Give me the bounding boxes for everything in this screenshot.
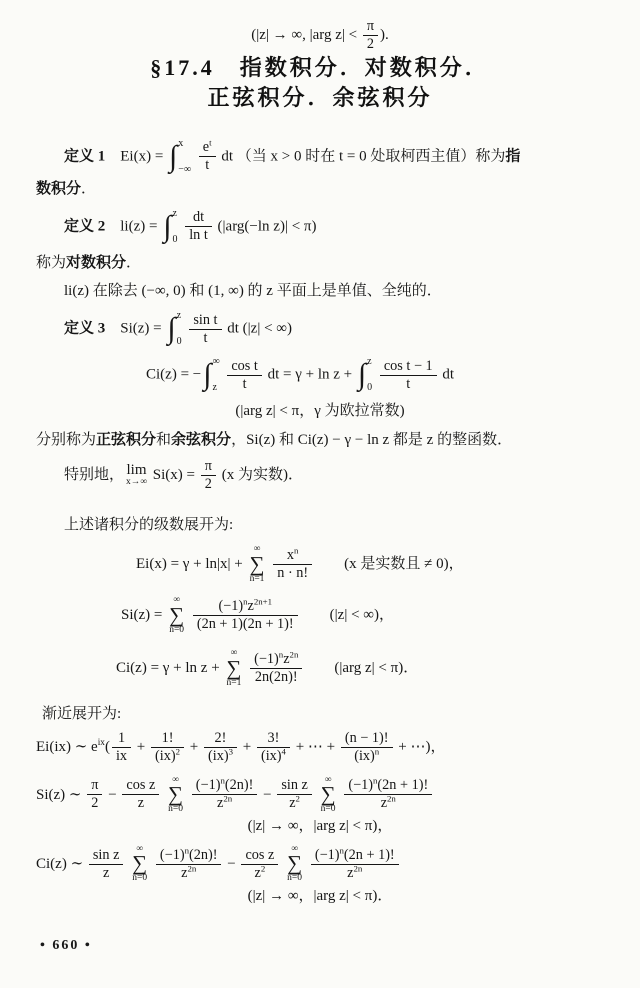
si-limit-note: 特别地，limx→∞ Si(x) = π2 (x 为实数)． — [36, 458, 604, 493]
definition-3-condition: (|arg z| < π，γ 为欧拉常数) — [36, 401, 604, 421]
li-analyticity-note: li(z) 在除去 (−∞, 0) 和 (1, ∞) 的 z 平面上是单值、全纯… — [36, 281, 604, 301]
si-ci-naming-note: 分别称为正弦积分和余弦积分，Si(z) 和 Ci(z) − γ − ln z 都… — [36, 430, 604, 450]
definition-3-ci-line: Ci(z) = −∫∞z cos tt dt = γ + ln z + ∫z0 … — [146, 357, 604, 393]
definition-1-line2: 数积分． — [36, 179, 604, 199]
definition-1-line1: 定义 1 Ei(x) = ∫x−∞ ett dt （当 x > 0 时在 t =… — [36, 139, 604, 175]
book-page: (|z| → ∞, |arg z| < π2). §17.4 指数积分．对数积分… — [0, 0, 640, 988]
ci-asymptotic-formula: Ci(z) ∼ sin zz ∞∑n=0 (−1)n(2n)!z2n − cos… — [36, 845, 604, 884]
definition-2-line1: 定义 2 li(z) = ∫z0 dtln t (|arg(−ln z)| < … — [36, 209, 604, 245]
si-series-formula: Si(z) = ∞∑n=0 (−1)nz2n+1(2n + 1)(2n + 1)… — [121, 596, 604, 635]
definition-2-line2: 称为对数积分． — [36, 253, 604, 273]
ci-series-formula: Ci(z) = γ + ln z + ∞∑n=1 (−1)nz2n2n(2n)!… — [116, 649, 604, 688]
page-number: • 660 • — [40, 937, 92, 956]
series-expansion-intro: 上述诸积分的级数展开为: — [36, 515, 604, 535]
section-heading-line2: 正弦积分．余弦积分 — [36, 83, 604, 113]
si-asymptotic-condition: (|z| → ∞，|arg z| < π)， — [36, 816, 604, 836]
ei-asymptotic-formula: Ei(ix) ∼ eix(1ix + 1!(ix)2 + 2!(ix)3 + 3… — [36, 730, 604, 765]
definition-3-si-line: 定义 3 Si(z) = ∫z0 sin tt dt (|z| < ∞) — [36, 311, 604, 347]
section-heading-line1: §17.4 指数积分．对数积分． — [36, 53, 604, 83]
asymptotic-intro: 渐近展开为: — [36, 704, 604, 724]
carryover-condition-line: (|z| → ∞, |arg z| < π2). — [36, 18, 604, 53]
ei-series-formula: Ei(x) = γ + ln|x| + ∞∑n=1 xnn · n! (x 是实… — [136, 545, 604, 584]
ci-asymptotic-condition: (|z| → ∞，|arg z| < π)． — [36, 886, 604, 906]
si-asymptotic-formula: Si(z) ∼ π2 − cos zz ∞∑n=0 (−1)n(2n)!z2n … — [36, 776, 604, 815]
